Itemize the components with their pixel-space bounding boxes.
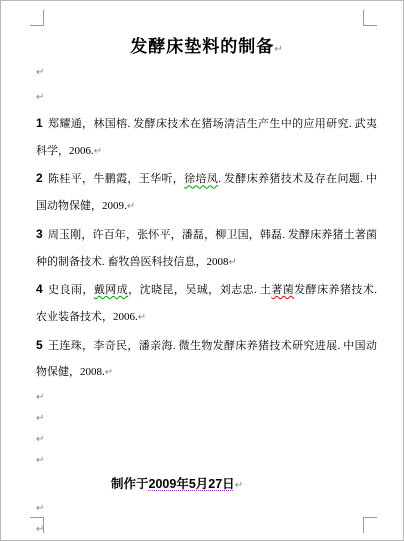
pilcrow-mark: ↵ (36, 455, 44, 466)
reference-text: 陈桂平，牛鹏霞，王华听， (48, 173, 184, 185)
crop-mark-top-left (30, 10, 44, 26)
pilcrow-mark: ↵ (105, 367, 113, 378)
empty-paragraph: ↵ (36, 450, 377, 471)
reference-text: 王连珠，李奇民，潘亲海. 微生物发酵床养猪技术研究进展. 中国动物保健，2008… (36, 340, 377, 379)
reference-item: 1郑耀通，林国榕. 发酵床技术在猪场清洁生产生中的应用研究. 武夷科学，2006… (36, 110, 377, 165)
reference-number: 2 (36, 171, 48, 185)
reference-item: 5王连珠，李奇民，潘亲海. 微生物发酵床养猪技术研究进展. 中国动物保健，200… (36, 332, 377, 387)
empty-paragraph: ↵ (36, 429, 377, 450)
empty-paragraph: ↵ (36, 387, 377, 408)
pilcrow-mark: ↵ (127, 201, 135, 212)
reference-text: 郑耀通，林国榕. 发酵床技术在猪场清洁生产生中的应用研究. 武夷科学，2006. (36, 118, 377, 157)
crop-mark-top-right (363, 10, 377, 26)
document-content: 发酵床垫料的制备↵ ↵↵ 1郑耀通，林国榕. 发酵床技术在猪场清洁生产生中的应用… (36, 34, 377, 540)
pilcrow-mark: ↵ (36, 434, 44, 445)
empty-paragraphs-after-footer: ↵↵ (36, 498, 377, 540)
page-title: 发酵床垫料的制备↵ (36, 34, 377, 60)
reference-item: 3周玉刚，许百年，张怀平，潘磊，柳卫国，韩磊. 发酵床养猪土著菌种的制备技术. … (36, 221, 377, 276)
reference-text: 制作于 (111, 477, 149, 491)
reference-item: 4史良雨，戴网成，沈晓昆，吴珹，刘志忠. 土著菌发酵床养猪技术. 农业装备技术，… (36, 276, 377, 331)
empty-paragraph: ↵ (36, 408, 377, 429)
pilcrow-mark: ↵ (36, 524, 44, 535)
reference-text: 周玉刚，许百年，张怀平，潘磊，柳卫国，韩磊. 发酵床养猪土著菌种的制备技术. 畜… (36, 229, 377, 268)
marked-text-red-wavy: 著菌 (271, 284, 294, 296)
page-title-text: 发酵床垫料的制备 (130, 37, 274, 56)
marked-text-green-wavy: 戴网成 (94, 284, 128, 296)
pilcrow-mark: ↵ (36, 92, 44, 103)
reference-text: ，沈晓昆，吴珹，刘志忠. 土 (128, 284, 271, 296)
reference-number: 3 (36, 227, 48, 241)
pilcrow-mark: ↵ (94, 146, 102, 157)
pilcrow-mark: ↵ (36, 503, 44, 514)
empty-paragraph: ↵ (36, 85, 377, 110)
pilcrow-mark: ↵ (235, 480, 243, 491)
empty-paragraph: ↵ (36, 498, 377, 519)
empty-paragraph: ↵ (36, 519, 377, 540)
reference-number: 5 (36, 338, 48, 352)
pilcrow-mark: ↵ (274, 44, 282, 55)
pilcrow-mark: ↵ (36, 392, 44, 403)
pilcrow-mark: ↵ (138, 312, 146, 323)
pilcrow-mark: ↵ (36, 67, 44, 78)
reference-number: 1 (36, 116, 48, 130)
pilcrow-mark: ↵ (229, 257, 237, 268)
reference-number: 4 (36, 282, 48, 296)
empty-paragraph: ↵ (36, 60, 377, 85)
empty-paragraphs-before-references: ↵↵ (36, 60, 377, 110)
pilcrow-mark: ↵ (36, 413, 44, 424)
reference-item: 2陈桂平，牛鹏霞，王华听，徐培凤. 发酵床养猪技术及存在问题. 中国动物保健，2… (36, 165, 377, 220)
marked-text-purple-dotted: 2009年5月27日 (149, 477, 235, 491)
empty-paragraphs-after-references: ↵↵↵↵ (36, 387, 377, 471)
footer-date-line: 制作于2009年5月27日↵ (36, 471, 377, 498)
reference-text: 史良雨， (48, 284, 94, 296)
marked-text-green-wavy: 徐培凤 (184, 173, 218, 185)
reference-list: 1郑耀通，林国榕. 发酵床技术在猪场清洁生产生中的应用研究. 武夷科学，2006… (36, 110, 377, 387)
document-page[interactable]: 发酵床垫料的制备↵ ↵↵ 1郑耀通，林国榕. 发酵床技术在猪场清洁生产生中的应用… (0, 0, 404, 541)
